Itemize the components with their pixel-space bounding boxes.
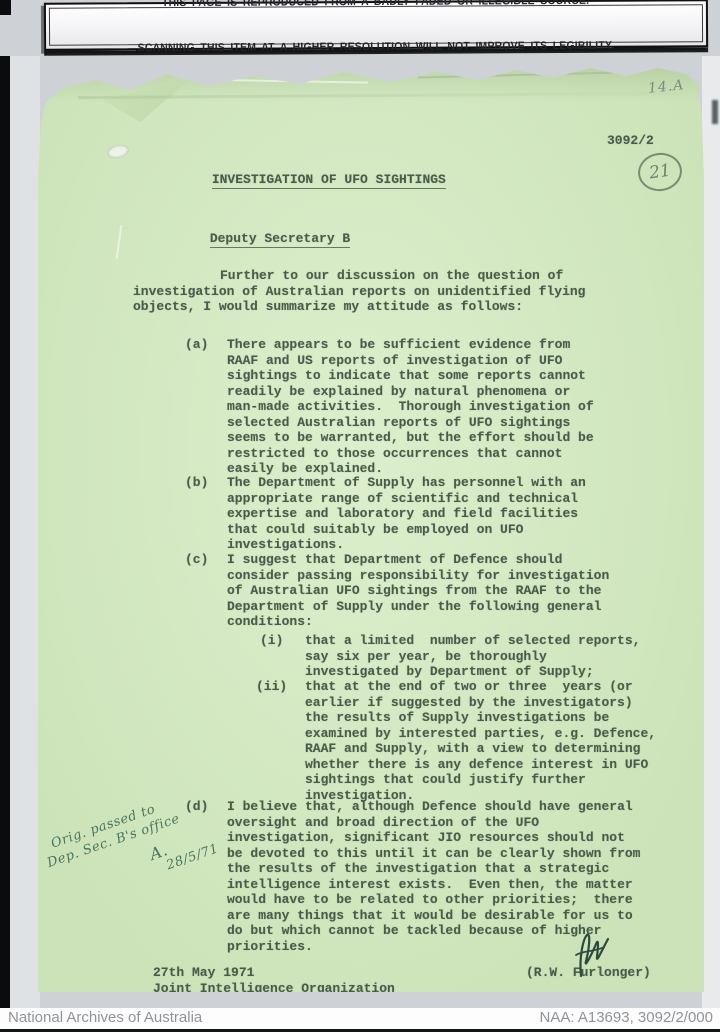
file-reference-number: 3092/2 — [607, 133, 654, 149]
document-title: INVESTIGATION OF UFO SIGHTINGS — [165, 156, 446, 203]
circled-folio-number: 21 — [636, 150, 685, 194]
margin-note-date: 28/5/71 — [165, 841, 221, 873]
handwritten-folio-number: 14.A — [647, 77, 685, 97]
scan-left-edge — [0, 56, 10, 1010]
folio-number-text: 21 — [648, 161, 672, 184]
item-a-text: There appears to be sufficient evidence … — [227, 337, 594, 477]
addressee: Deputy Secretary B — [163, 215, 350, 262]
intro-paragraph: Further to our discussion on the questio… — [133, 268, 585, 315]
memo-page: 14.A 3092/2 21 INVESTIGATION OF UFO SIGH… — [38, 60, 704, 992]
scanned-document-page: THIS PAGE IS REPRODUCED FROM A BADLY FAD… — [0, 0, 720, 1032]
archives-reference: NAA: A13693, 3092/2/000 — [540, 1009, 713, 1026]
handwritten-margin-note: Orig. passed to Dep. Sec. B's office A. … — [40, 785, 237, 944]
scan-backing-left — [10, 56, 40, 1010]
item-b-label: (b) — [185, 475, 208, 491]
item-a-label: (a) — [185, 337, 208, 353]
item-c-label: (c) — [185, 552, 208, 568]
legibility-warning-banner: THIS PAGE IS REPRODUCED FROM A BADLY FAD… — [44, 0, 708, 51]
scan-backing-right — [702, 56, 720, 1010]
subitem-i-label: (i) — [260, 633, 283, 649]
scan-corner-mark — [0, 0, 11, 15]
punch-hole — [106, 143, 130, 161]
archives-name: National Archives of Australia — [8, 1009, 202, 1026]
subitem-i-text: that a limited number of selected report… — [305, 633, 640, 680]
item-b-text: The Department of Supply has personnel w… — [227, 475, 586, 553]
banner-line-1: THIS PAGE IS REPRODUCED FROM A BADLY FAD… — [138, 0, 614, 11]
subitem-ii-label: (ii) — [256, 679, 287, 695]
item-c-text: I suggest that Department of Defence sho… — [227, 552, 609, 630]
banner-line-2: SCANNING THIS ITEM AT A HIGHER RESOLUTIO… — [138, 39, 614, 56]
date-line: 27th May 1971 — [153, 965, 254, 981]
archives-footer-bar: National Archives of Australia NAA: A136… — [0, 1008, 720, 1032]
crease-mark — [116, 225, 123, 259]
signatory-name: (R.W. Furlonger) — [526, 965, 651, 981]
scan-edge-smudge — [712, 100, 718, 124]
subitem-ii-text: that at the end of two or three years (o… — [305, 679, 656, 803]
organization-line: Joint Intelligence Organization — [153, 981, 395, 997]
